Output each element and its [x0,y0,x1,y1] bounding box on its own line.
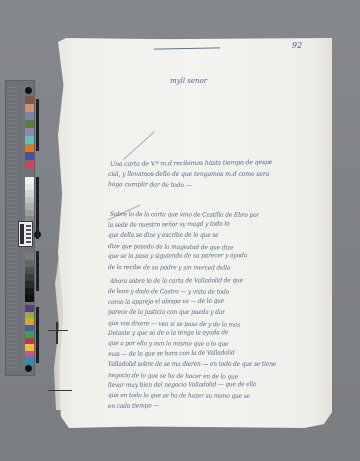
manuscript-line: haga cumplir dar de todo — [108,180,192,190]
manuscript-line: Delante y que se de a la tenga la ayuda … [108,328,228,338]
color-swatch [25,152,34,160]
manuscript-line: Sobre lo de la carta que vino de Castill… [110,210,259,220]
manuscript-line: que della se dize y escribe de lo que se [108,231,219,240]
manuscript-line: que en todo lo que se ha de hazer su man… [108,391,250,401]
color-swatch [25,136,34,144]
registration-dot-top [25,87,32,94]
target-edge-bar [36,99,39,151]
fold-mark-upper [48,330,68,331]
manuscript-line: mas — de lo que se hara con la de Vallad… [108,348,235,359]
color-swatch [25,260,34,267]
manuscript-line: como la aparejo el obispo va — de lo que [108,296,224,306]
manuscript-line: que a por ella y aun lo mismo que a lo q… [108,339,228,349]
color-swatch [25,144,34,152]
color-swatch [25,160,34,168]
ruler-scale [8,87,17,369]
manuscript-line: de leon y dado de Castro — y vista de to… [108,287,229,297]
color-swatch [25,253,34,260]
target-edge-bar [36,307,39,363]
color-calibration-target [5,80,35,376]
color-swatch [25,288,34,295]
manuscript-line: llevar muy bien del negocio Valladolid —… [108,380,257,390]
salutation-heading: myll senor [170,77,207,85]
color-swatch [25,274,34,281]
manuscript-line: la sede de nuestro señor sy magd y todo … [108,219,230,229]
color-swatch [25,104,34,112]
color-swatches-top [25,96,34,168]
manuscript-line: Valladolid sobre de se ma dieren — en to… [108,360,276,369]
manuscript-line: parece de la justicia con que pueda y da… [108,308,225,317]
fold-mark-lower [48,390,72,391]
color-swatch [25,112,34,120]
manuscript-line: de la recibe de su padre y sin merced de… [108,263,230,273]
color-swatch [25,295,34,302]
color-swatches-bottom [25,305,34,364]
color-swatch [25,96,34,104]
color-swatch [25,267,34,274]
manuscript-line: que se la pasa y siguiendo de su parecer… [108,252,247,262]
gray-scale-dark [25,253,34,302]
manuscript-line: Ahora sobre lo de la carta de Valladolid… [110,276,243,286]
color-swatch [25,281,34,288]
target-label [18,221,33,247]
manuscript-line: en cada tiempo — [108,401,159,411]
fold-mark-upper-vertical [56,322,58,344]
manuscript-line: cial, y llevamos dello de que tengamos m… [108,170,269,179]
target-edge-bar [36,251,39,291]
color-swatch [25,128,34,136]
gray-scale-light [25,177,34,223]
registration-dot-bottom [25,365,32,372]
page-number: 92 [292,41,302,50]
color-swatch [25,120,34,128]
color-swatch [25,357,34,364]
target-edge-bar [36,177,39,239]
